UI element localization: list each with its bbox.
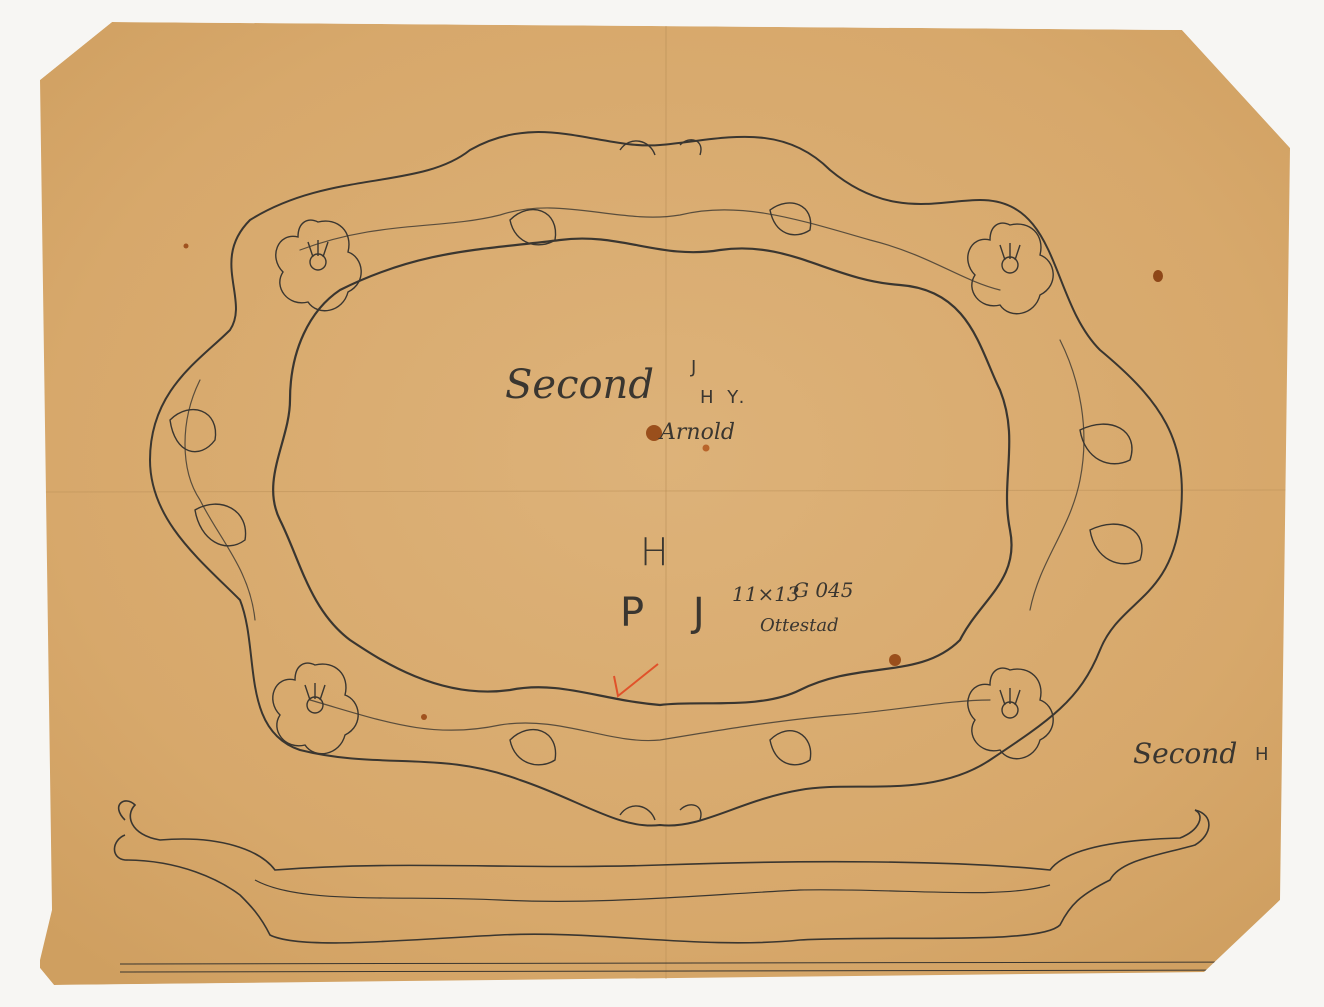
inscription-j: J — [691, 357, 696, 378]
drawing-canvas — [0, 0, 1324, 1007]
inscription-hy: H Y. — [700, 387, 748, 408]
inscription-catalog-number: G 045 — [793, 578, 854, 602]
inscription-arnold: Arnold — [660, 420, 735, 445]
inscription-second: Second — [505, 362, 654, 408]
inscription-h-bottom-right: H — [1255, 744, 1269, 765]
inscription-dimensions: 11×13 — [732, 582, 800, 606]
inscription-second-h: Second — [1133, 737, 1237, 770]
inscription-h: H — [640, 530, 669, 574]
inscription-ottestad: Ottestad — [760, 615, 839, 636]
paper-sheet — [0, 0, 1324, 1007]
inscription-pj: P J — [620, 590, 723, 636]
